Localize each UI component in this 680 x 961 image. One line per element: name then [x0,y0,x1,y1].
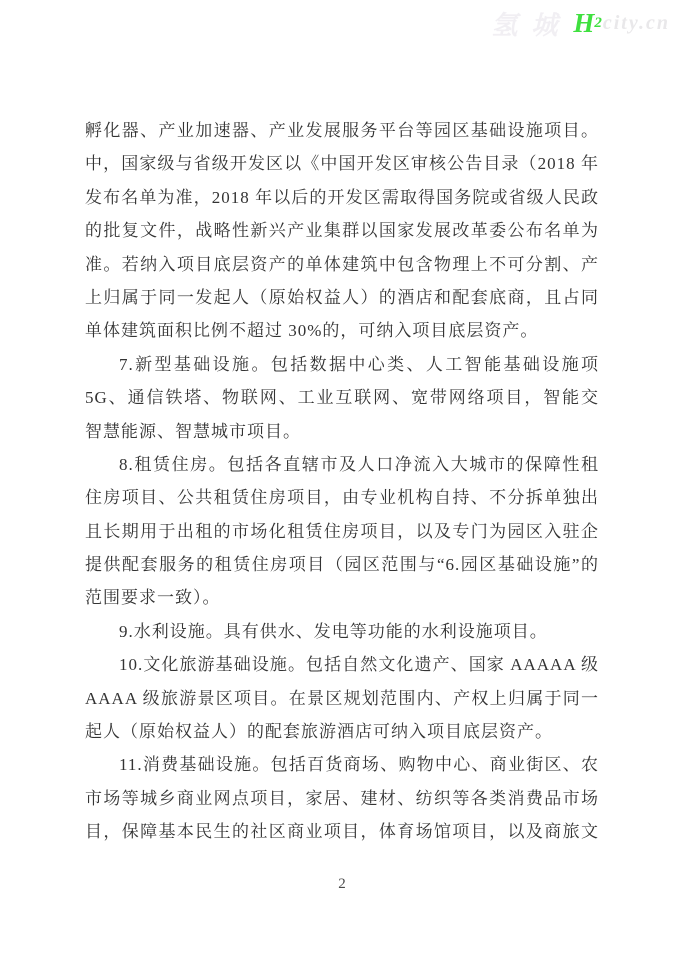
text-line: 9.水利设施。具有供水、发电等功能的水利设施项目。 [85,615,599,648]
watermark-domain-text: city.cn [603,12,670,35]
text-line: 孵化器、产业加速器、产业发展服务平台等园区基础设施项目。其 [85,114,599,147]
text-line: 市场等城乡商业网点项目，家居、建材、纺织等各类消费品市场项 [85,782,599,815]
text-line: 且长期用于出租的市场化租赁住房项目，以及专门为园区入驻企业 [85,515,599,548]
site-watermark: 氢城 H 2 city.cn [491,6,670,40]
text-line: 单体建筑面积比例不超过 30%的，可纳入项目底层资产。 [85,314,599,347]
text-line: AAAA 级旅游景区项目。在景区规划范围内、产权上归属于同一发 [85,682,599,715]
text-line: 7.新型基础设施。包括数据中心类、人工智能基础设施项目， [85,348,599,381]
text-line: 提供配套服务的租赁住房项目（园区范围与“6.园区基础设施”的 [85,548,599,581]
watermark-h2-logo: H [573,8,594,39]
text-line: 准。若纳入项目底层资产的单体建筑中包含物理上不可分割、产权 [85,248,599,281]
document-page: 氢城 H 2 city.cn 孵化器、产业加速器、产业发展服务平台等园区基础设施… [0,0,680,961]
document-text-block: 孵化器、产业加速器、产业发展服务平台等园区基础设施项目。其 中，国家级与省级开发… [85,114,599,849]
text-line: 5G、通信铁塔、物联网、工业互联网、宽带网络项目，智能交通、 [85,381,599,414]
text-line: 范围要求一致）。 [85,581,599,614]
text-line: 10.文化旅游基础设施。包括自然文化遗产、国家 AAAAA 级和 [85,648,599,681]
text-line: 发布名单为准，2018 年以后的开发区需取得国务院或省级人民政府 [85,181,599,214]
text-line: 智慧能源、智慧城市项目。 [85,415,599,448]
text-line: 住房项目、公共租赁住房项目，由专业机构自持、不分拆单独出售 [85,481,599,514]
text-line: 起人（原始权益人）的配套旅游酒店可纳入项目底层资产。 [85,715,599,748]
text-line: 目，保障基本民生的社区商业项目，体育场馆项目，以及商旅文体 [85,815,599,848]
page-number-label: 2 [85,876,599,893]
watermark-h2-subscript: 2 [594,15,602,32]
text-line: 上归属于同一发起人（原始权益人）的酒店和配套底商，且占同一 [85,281,599,314]
watermark-chinese-text: 氢城 [491,5,571,42]
text-line: 8.租赁住房。包括各直辖市及人口净流入大城市的保障性租赁 [85,448,599,481]
text-line: 中，国家级与省级开发区以《中国开发区审核公告目录（2018 年版）》 [85,147,599,180]
text-line: 11.消费基础设施。包括百货商场、购物中心、商业街区、农贸 [85,748,599,781]
text-line: 的批复文件，战略性新兴产业集群以国家发展改革委公布名单为 [85,214,599,247]
